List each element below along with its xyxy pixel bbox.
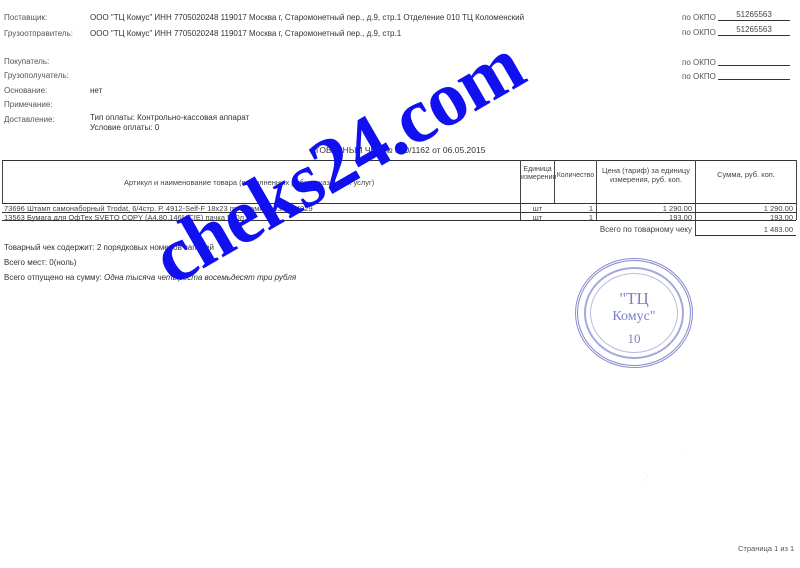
row-price: 193.00 xyxy=(598,213,692,222)
scan-artifact: ⋰ xyxy=(642,475,649,483)
row-qty: 1 xyxy=(555,213,593,222)
row-qty: 1 xyxy=(555,204,593,213)
page-number: Страница 1 из 1 xyxy=(738,544,794,553)
okpo-value-3 xyxy=(718,55,790,66)
total-underline xyxy=(695,235,796,236)
buyer-label: Покупатель: xyxy=(4,57,49,66)
row-sum: 193.00 xyxy=(697,213,793,222)
okpo-value-1: 51265563 xyxy=(718,10,790,21)
stamp-line-3: 10 xyxy=(578,331,690,347)
okpo-label-1: по ОКПО xyxy=(682,13,716,22)
shipper-label: Грузоотправитель: xyxy=(4,29,73,38)
company-stamp: "ТЦ Комус" 10 xyxy=(575,258,693,368)
col-divider-price xyxy=(596,160,597,220)
stamp-line-1: "ТЦ xyxy=(578,289,690,309)
supplier-label: Поставщик: xyxy=(4,13,47,22)
sum-line: Всего отпущено на сумму: Одна тысяча чет… xyxy=(4,273,296,282)
header-price: Цена (тариф) за единицу измерения, руб. … xyxy=(598,166,694,184)
col-divider-qty xyxy=(554,160,555,203)
row-sum: 1 290.00 xyxy=(697,204,793,213)
okpo-label-3: по ОКПО xyxy=(682,58,716,67)
total-value: 1 483.00 xyxy=(697,225,793,234)
table-right-border xyxy=(796,160,797,220)
row-unit: шт xyxy=(521,213,554,222)
basis-value: нет xyxy=(90,86,102,95)
col-divider-sum xyxy=(695,160,696,235)
places-line: Всего мест: 0(ноль) xyxy=(4,258,77,267)
basis-label: Основание: xyxy=(4,86,47,95)
delivery-value-1: Тип оплаты: Контрольно-кассовая аппарат xyxy=(90,113,249,122)
delivery-value-2: Условие оплаты: 0 xyxy=(90,123,159,132)
row-price: 1 290.00 xyxy=(598,204,692,213)
delivery-label: Доставление: xyxy=(4,115,55,124)
table-left-border xyxy=(2,160,3,203)
row-unit: шт xyxy=(521,204,554,213)
note-label: Примечание: xyxy=(4,100,53,109)
stamp-line-2: Комус" xyxy=(578,309,690,325)
header-unit: Единица измерения xyxy=(521,166,554,182)
consignee-label: Грузополучатель: xyxy=(4,71,69,80)
header-qty: Количество xyxy=(555,172,596,180)
okpo-label-2: по ОКПО xyxy=(682,28,716,37)
okpo-value-4 xyxy=(718,69,790,80)
sum-label: Всего отпущено на сумму: xyxy=(4,273,102,282)
supplier-value: ООО "ТЦ Комус" ИНН 7705020248 119017 Мос… xyxy=(90,13,524,22)
shipper-value: ООО "ТЦ Комус" ИНН 7705020248 119017 Мос… xyxy=(90,29,401,38)
okpo-value-2: 51265563 xyxy=(718,25,790,36)
total-label: Всего по товарному чеку xyxy=(560,225,692,234)
okpo-label-4: по ОКПО xyxy=(682,72,716,81)
header-sum: Сумма, руб. коп. xyxy=(700,170,792,179)
scan-artifact: ·· xyxy=(683,450,688,457)
